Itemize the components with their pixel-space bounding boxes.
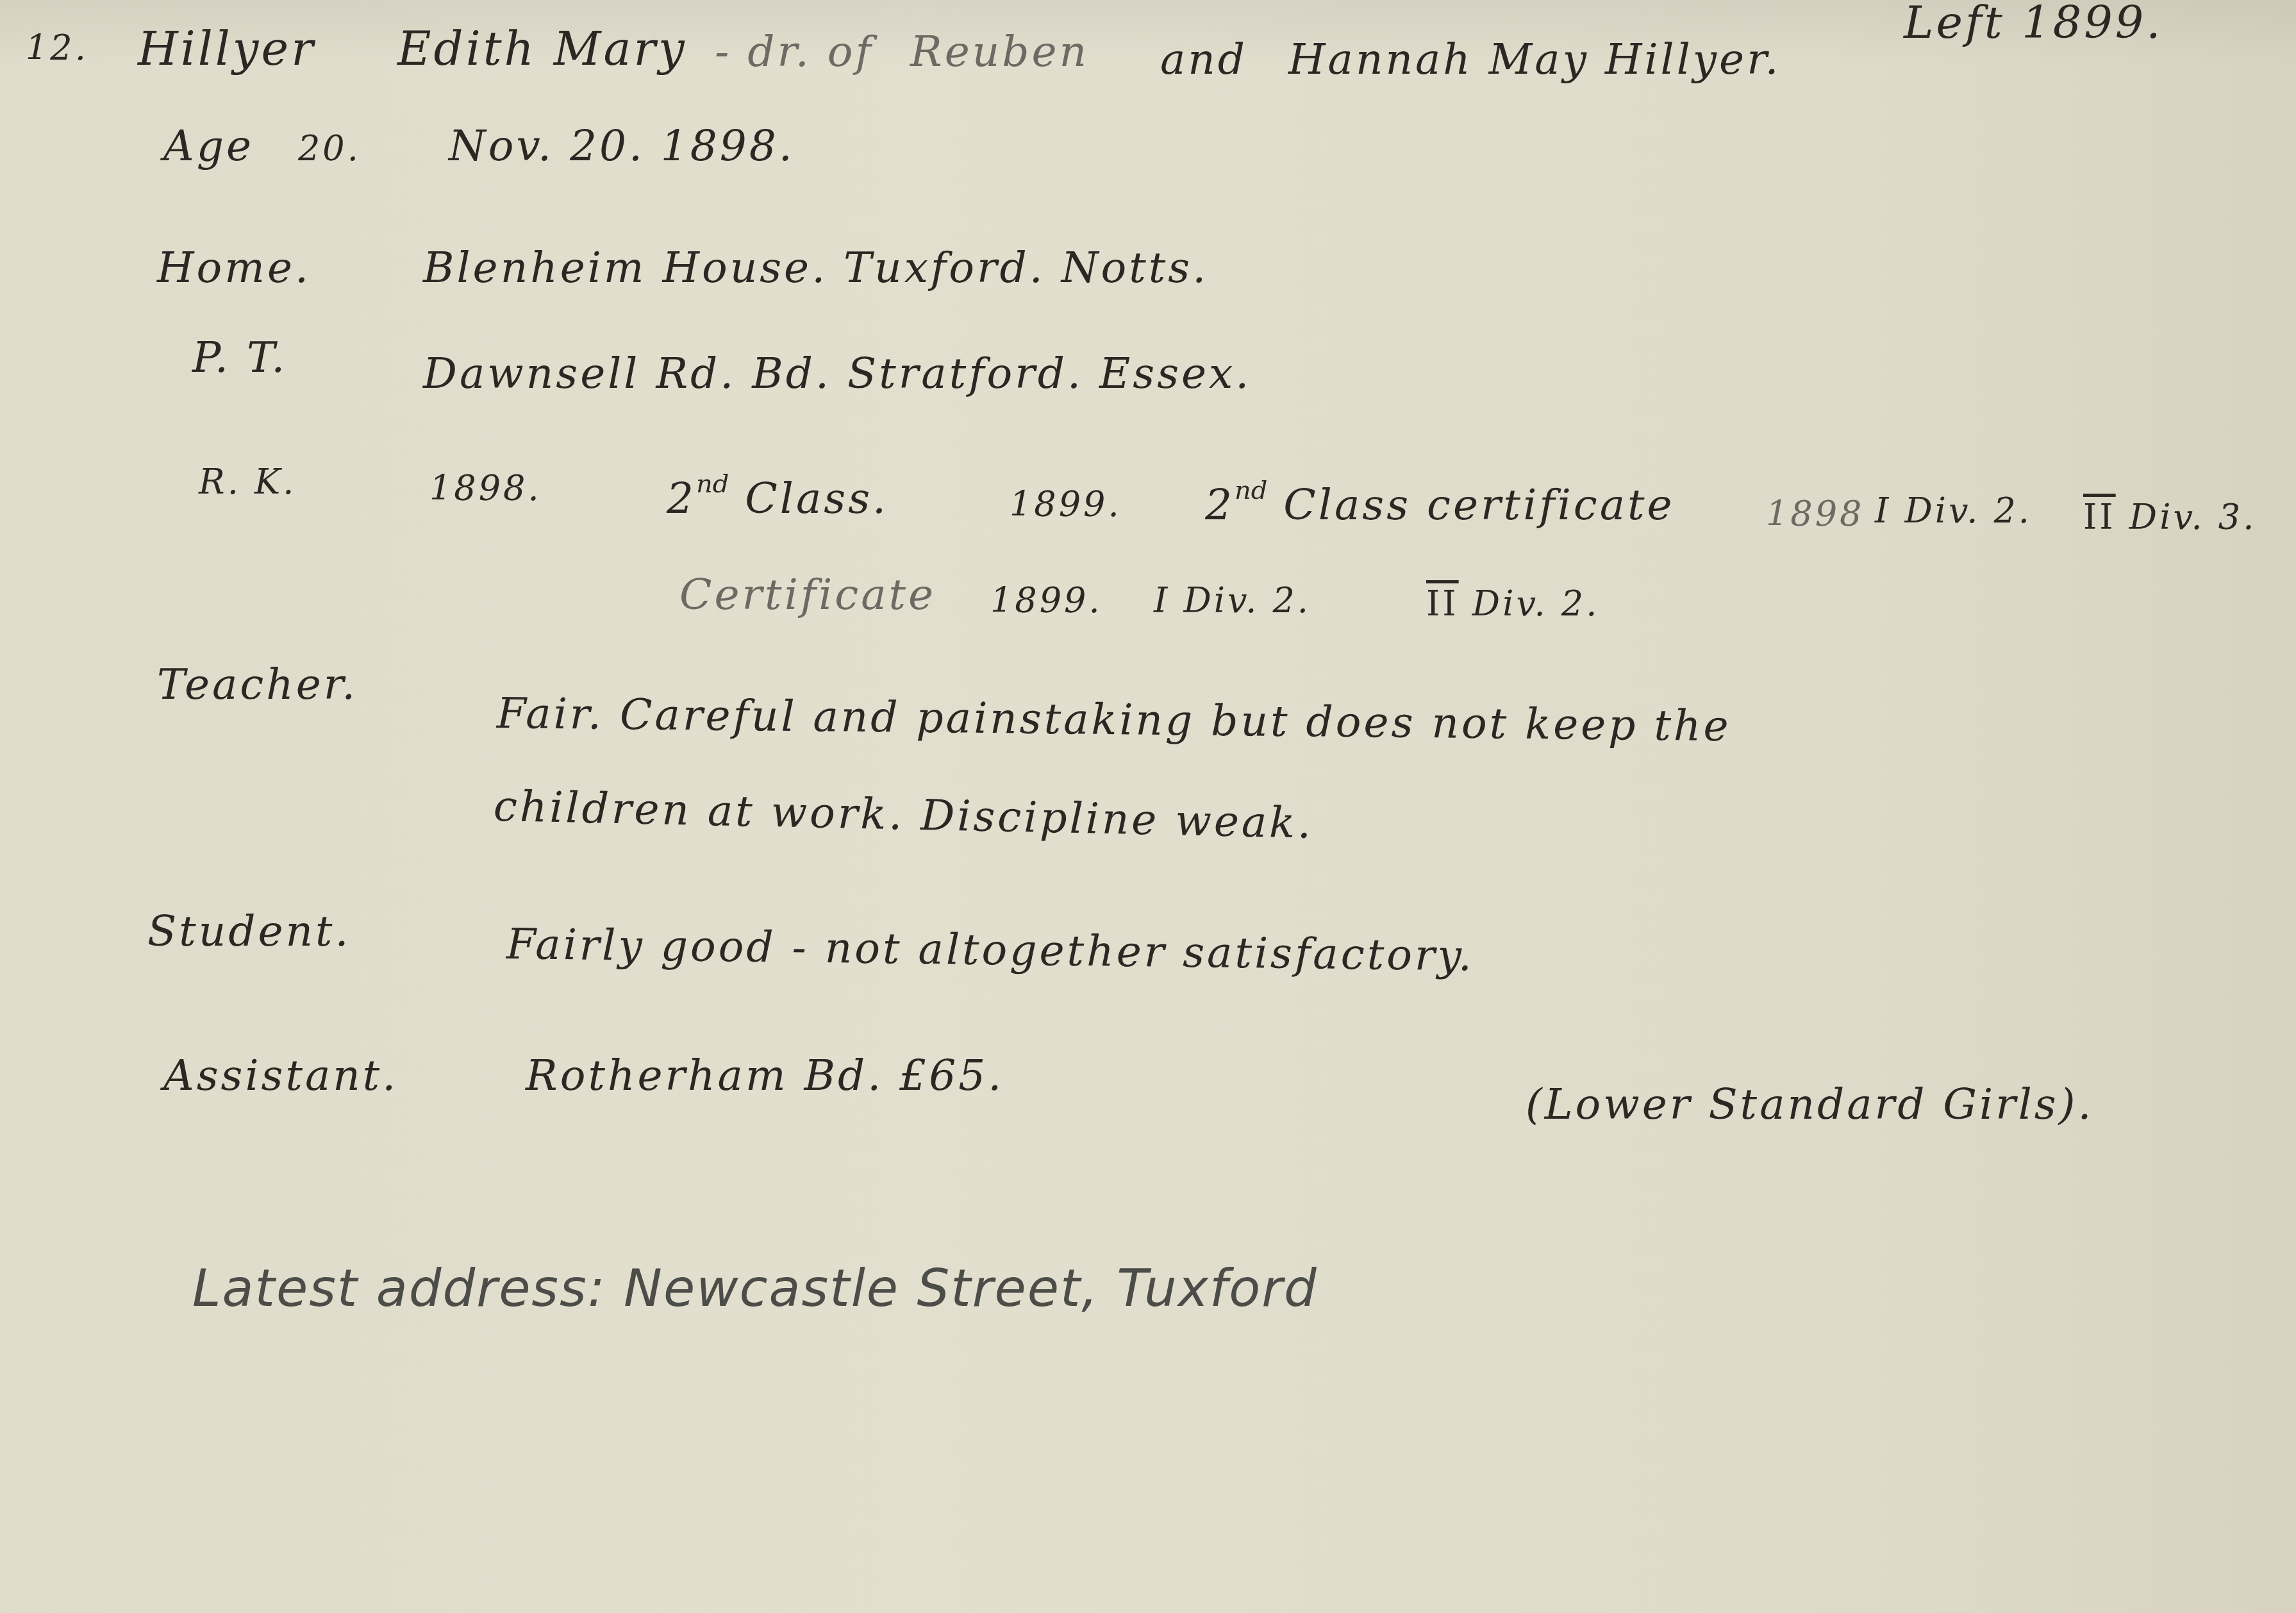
age-label: Age bbox=[163, 125, 254, 167]
latest-address: Latest address: Newcastle Street, Tuxfor… bbox=[192, 1263, 1318, 1314]
roman-numeral: II bbox=[1426, 583, 1459, 624]
assistant-label: Assistant. bbox=[163, 1055, 398, 1097]
surname: Hillyer bbox=[138, 26, 316, 72]
class-ordinal: nd bbox=[1235, 476, 1267, 505]
class-text: Class certificate bbox=[1283, 480, 1674, 530]
roman-numeral: II bbox=[2083, 497, 2116, 537]
cert-1899-div1: I Div. 2. bbox=[1154, 583, 1311, 618]
class-ordinal: nd bbox=[696, 469, 729, 499]
age-value: 20. bbox=[298, 131, 361, 166]
rk-class-1898: 2nd Class. bbox=[667, 471, 888, 520]
teacher-remark-line2: children at work. Discipline weak. bbox=[493, 785, 1314, 845]
cert-1899-div2: II Div. 2. bbox=[1426, 587, 1599, 621]
student-label: Student. bbox=[147, 910, 351, 953]
father-name: Reuben bbox=[910, 31, 1089, 73]
teacher-remark-line1: Fair. Careful and painstaking but does n… bbox=[497, 692, 1731, 748]
admission-date: Nov. 20. 1898. bbox=[449, 125, 795, 167]
class-number: 2 bbox=[667, 474, 696, 523]
parentage-join: and bbox=[1160, 38, 1247, 81]
div-text: Div. 3. bbox=[2129, 497, 2257, 537]
parentage-prefix: - dr. of bbox=[715, 31, 874, 73]
cert-1898-div2: II Div. 3. bbox=[2083, 500, 2256, 535]
class-number: 2 bbox=[1205, 480, 1235, 530]
teacher-label: Teacher. bbox=[157, 664, 358, 706]
mother-name: Hannah May Hillyer. bbox=[1288, 38, 1781, 81]
rk-year-1899: 1899. bbox=[1010, 487, 1122, 522]
register-card: 12. Hillyer Edith Mary - dr. of Reuben a… bbox=[0, 0, 2296, 1613]
cert-1898-year: 1898 bbox=[1766, 497, 1864, 531]
given-names: Edith Mary bbox=[397, 26, 687, 72]
assistant-appointment: Rotherham Bd. £65. bbox=[526, 1055, 1004, 1097]
rk-label: R. K. bbox=[199, 465, 297, 499]
cert-1899-year: 1899. bbox=[990, 583, 1102, 618]
rk-year-1898: 1898. bbox=[429, 471, 542, 506]
home-label: Home. bbox=[157, 247, 311, 289]
cert-line2-word: Certificate bbox=[679, 574, 936, 616]
home-value: Blenheim House. Tuxford. Notts. bbox=[423, 247, 1208, 289]
entry-number: 12. bbox=[26, 31, 88, 65]
pt-label: P. T. bbox=[192, 337, 287, 379]
pt-value: Dawnsell Rd. Bd. Stratford. Essex. bbox=[423, 353, 1251, 395]
cert-1898-div1: I Div. 2. bbox=[1875, 494, 2032, 528]
div-text: Div. 2. bbox=[1472, 583, 1600, 624]
rk-class-1899: 2nd Class certificate bbox=[1205, 478, 1675, 526]
assistant-note: (Lower Standard Girls). bbox=[1526, 1083, 2093, 1126]
student-remark: Fairly good - not altogether satisfactor… bbox=[506, 923, 1475, 977]
class-text: Class. bbox=[745, 474, 888, 523]
left-note: Left 1899. bbox=[1904, 0, 2163, 45]
